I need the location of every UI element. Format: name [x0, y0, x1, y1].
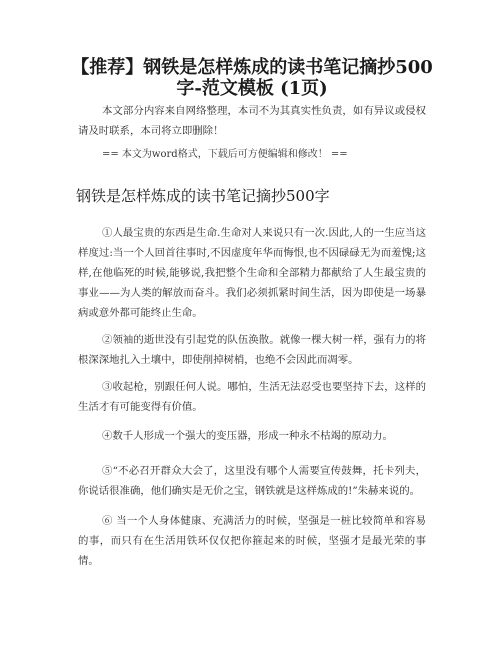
document-title: 【推荐】钢铁是怎样炼成的读书笔记摘抄500字-范文模板 (1页) — [70, 57, 434, 99]
quote-paragraph-3: ③收起枪，别跟任何人说。哪怕，生活无法忍受也要坚持下去，这样的生活才有可能变得有… — [78, 377, 426, 417]
disclaimer-text: 本文部分内容来自网络整理，本司不为其真实性负责，如有异议或侵权请及时联系，本司将… — [78, 101, 426, 141]
document-page: 【推荐】钢铁是怎样炼成的读书笔记摘抄500字-范文模板 (1页) 本文部分内容来… — [0, 0, 500, 647]
quote-paragraph-2: ②领袖的逝世没有引起党的队伍涣散。就像一棵大树一样，强有力的将根深深地扎入土壤中… — [78, 330, 426, 370]
quote-paragraph-4: ④数千人形成一个强大的变压器，形成一种永不枯竭的原动力。 — [78, 426, 426, 446]
quote-paragraph-1: ①人最宝贵的东西是生命.生命对人来说只有一次.因此,人的一生应当这样度过:当一个… — [78, 223, 426, 323]
word-format-note: == 本文为word格式，下载后可方便编辑和修改！ == — [78, 145, 426, 165]
quote-paragraph-5: ⑤“不必召开群众大会了，这里没有哪个人需要宣传鼓舞，托卡列夫，你说话很准确，他们… — [78, 461, 426, 501]
quote-paragraph-6: ⑥ 当一个人身体健康、充满活力的时候，坚强是一桩比较简单和容易的事，而只有在生活… — [78, 511, 426, 571]
section-heading: 钢铁是怎样炼成的读书笔记摘抄500字 — [76, 186, 436, 206]
